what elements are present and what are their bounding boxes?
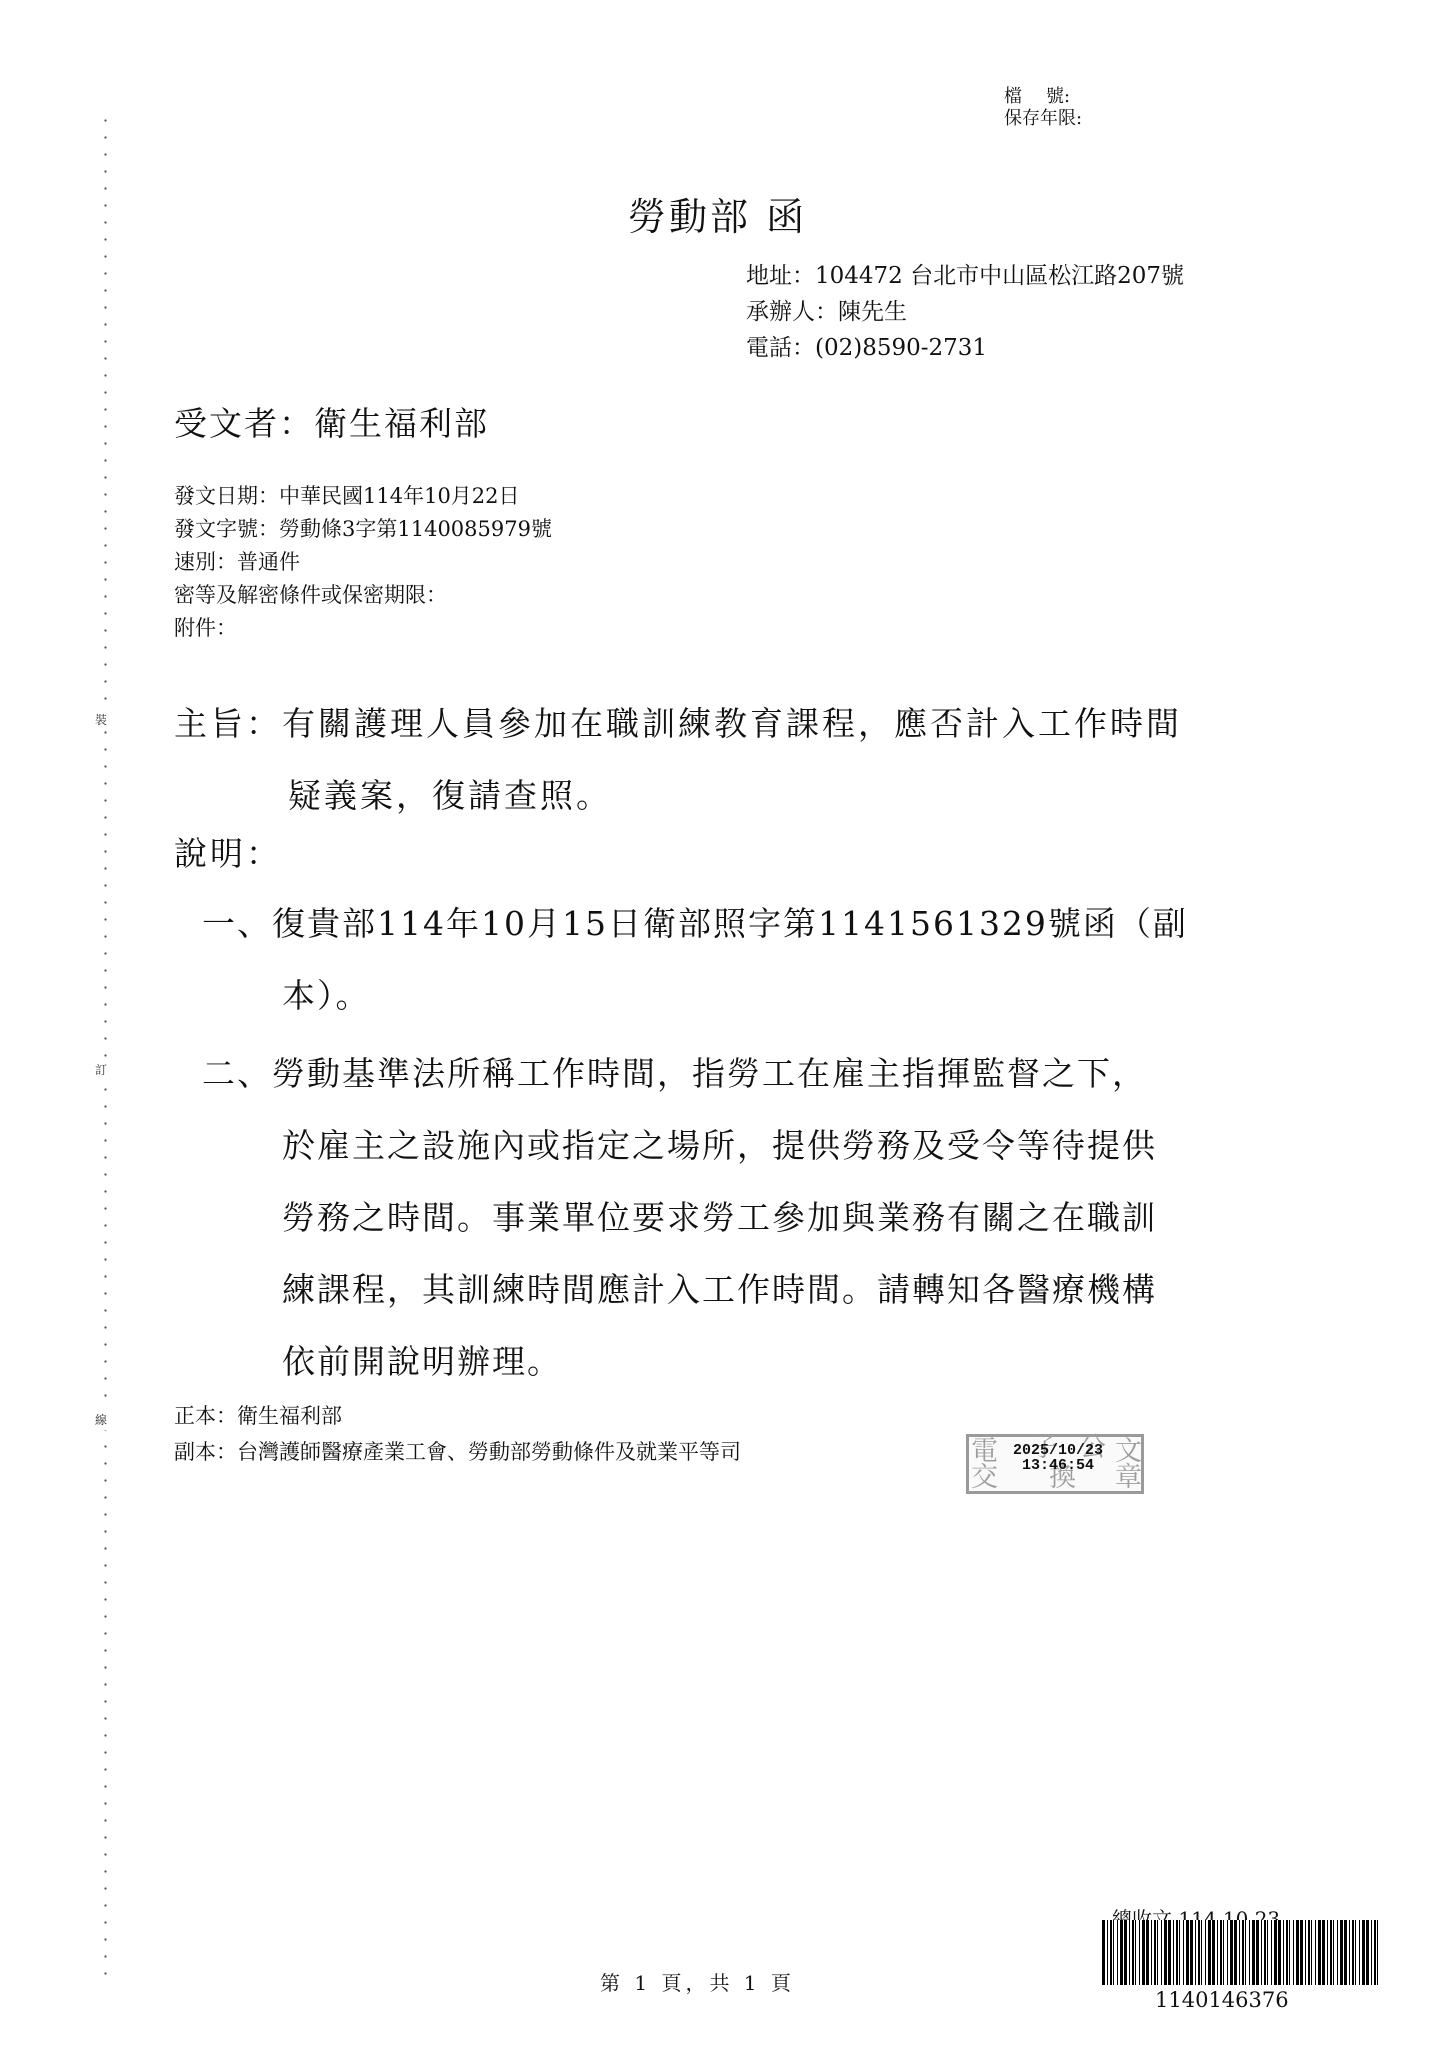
issue-date: 發文日期：中華民國114年10月22日 bbox=[174, 480, 552, 513]
item-2-line-5: 依前開說明辦理。 bbox=[202, 1326, 1157, 1398]
document-number: 發文字號：勞動條3字第1140085979號 bbox=[174, 513, 552, 546]
document-title: 勞動部 函 bbox=[628, 186, 807, 241]
file-number-label-b: 號: bbox=[1046, 86, 1070, 108]
document-meta: 發文日期：中華民國114年10月22日 發文字號：勞動條3字第114008597… bbox=[174, 480, 552, 645]
sender-info: 地址：104472 台北市中山區松江路207號 承辦人：陳先生 電話：(02)8… bbox=[746, 258, 1184, 366]
priority: 速別：普通件 bbox=[174, 546, 552, 579]
sender-contact: 承辦人：陳先生 bbox=[746, 294, 1184, 330]
dotted-binding-line bbox=[104, 112, 107, 1982]
item-2-line-3: 勞務之時間。事業單位要求勞工參加與業務有關之在職訓 bbox=[202, 1182, 1157, 1254]
explanation-item-2: 二、勞動基準法所稱工作時間，指勞工在雇主指揮監督之下， 於雇主之設施內或指定之場… bbox=[202, 1038, 1157, 1398]
sender-phone: 電話：(02)8590-2731 bbox=[746, 330, 1184, 366]
explanation-item-1: 一、復貴部114年10月15日衛部照字第1141561329號函（副 本）。 bbox=[202, 888, 1188, 1032]
barcode-number: 1140146376 bbox=[1155, 1988, 1289, 2012]
stamp-date: 2025/10/23 bbox=[1003, 1443, 1113, 1458]
subject-line-1: 主旨：有關護理人員參加在職訓練教育課程，應否計入工作時間 bbox=[174, 688, 1182, 760]
item-2-line-4: 練課程，其訓練時間應計入工作時間。請轉知各醫療機構 bbox=[202, 1254, 1157, 1326]
classification: 密等及解密條件或保密期限： bbox=[174, 579, 552, 612]
stamp-char: 章 bbox=[1115, 1464, 1142, 1491]
explanation-label: 說明： bbox=[174, 828, 282, 875]
retention-row: 保存年限: bbox=[1004, 108, 1082, 130]
file-number-row: 檔號: bbox=[1004, 86, 1082, 108]
sender-address: 地址：104472 台北市中山區松江路207號 bbox=[746, 258, 1184, 294]
subject-line-2: 疑義案，復請查照。 bbox=[174, 760, 1182, 832]
stamp-char: 交 bbox=[971, 1464, 998, 1491]
binding-mark-zhuang: 裝 bbox=[95, 710, 107, 730]
stamp-char: 電 bbox=[971, 1438, 998, 1465]
page-number: 第 1 頁，共 1 頁 bbox=[600, 1967, 795, 1996]
attachments: 附件： bbox=[174, 612, 552, 645]
binding-margin: 裝 訂 線 bbox=[98, 112, 114, 1982]
barcode bbox=[1102, 1920, 1380, 1985]
recipient: 受文者：衛生福利部 bbox=[174, 398, 489, 445]
subject: 主旨：有關護理人員參加在職訓練教育課程，應否計入工作時間 疑義案，復請查照。 bbox=[174, 688, 1182, 832]
copy-recipients: 副本：台灣護師醫療產業工會、勞動部勞動條件及就業平等司 bbox=[174, 1434, 741, 1470]
stamp-time: 13:46:54 bbox=[1003, 1458, 1113, 1473]
stamp-char: 文 bbox=[1115, 1438, 1142, 1465]
binding-mark-xian: 線 bbox=[95, 1410, 107, 1430]
item-2-line-1: 二、勞動基準法所稱工作時間，指勞工在雇主指揮監督之下， bbox=[202, 1038, 1157, 1110]
file-number-label-a: 檔 bbox=[1004, 86, 1046, 108]
file-meta: 檔號: 保存年限: bbox=[1004, 86, 1082, 130]
e-document-exchange-stamp: 電 子 公 文 交 換 章 2025/10/23 13:46:54 bbox=[966, 1434, 1144, 1494]
item-2-line-2: 於雇主之設施內或指定之場所，提供勞務及受令等待提供 bbox=[202, 1110, 1157, 1182]
item-1-line-1: 一、復貴部114年10月15日衛部照字第1141561329號函（副 bbox=[202, 888, 1188, 960]
retention-label: 保存年限: bbox=[1004, 108, 1082, 130]
item-1-line-2: 本）。 bbox=[202, 960, 1188, 1032]
binding-mark-ding: 訂 bbox=[95, 1060, 107, 1080]
original-recipient: 正本：衛生福利部 bbox=[174, 1398, 741, 1434]
stamp-datetime: 2025/10/23 13:46:54 bbox=[1003, 1443, 1113, 1473]
distribution: 正本：衛生福利部 副本：台灣護師醫療產業工會、勞動部勞動條件及就業平等司 bbox=[174, 1398, 741, 1470]
